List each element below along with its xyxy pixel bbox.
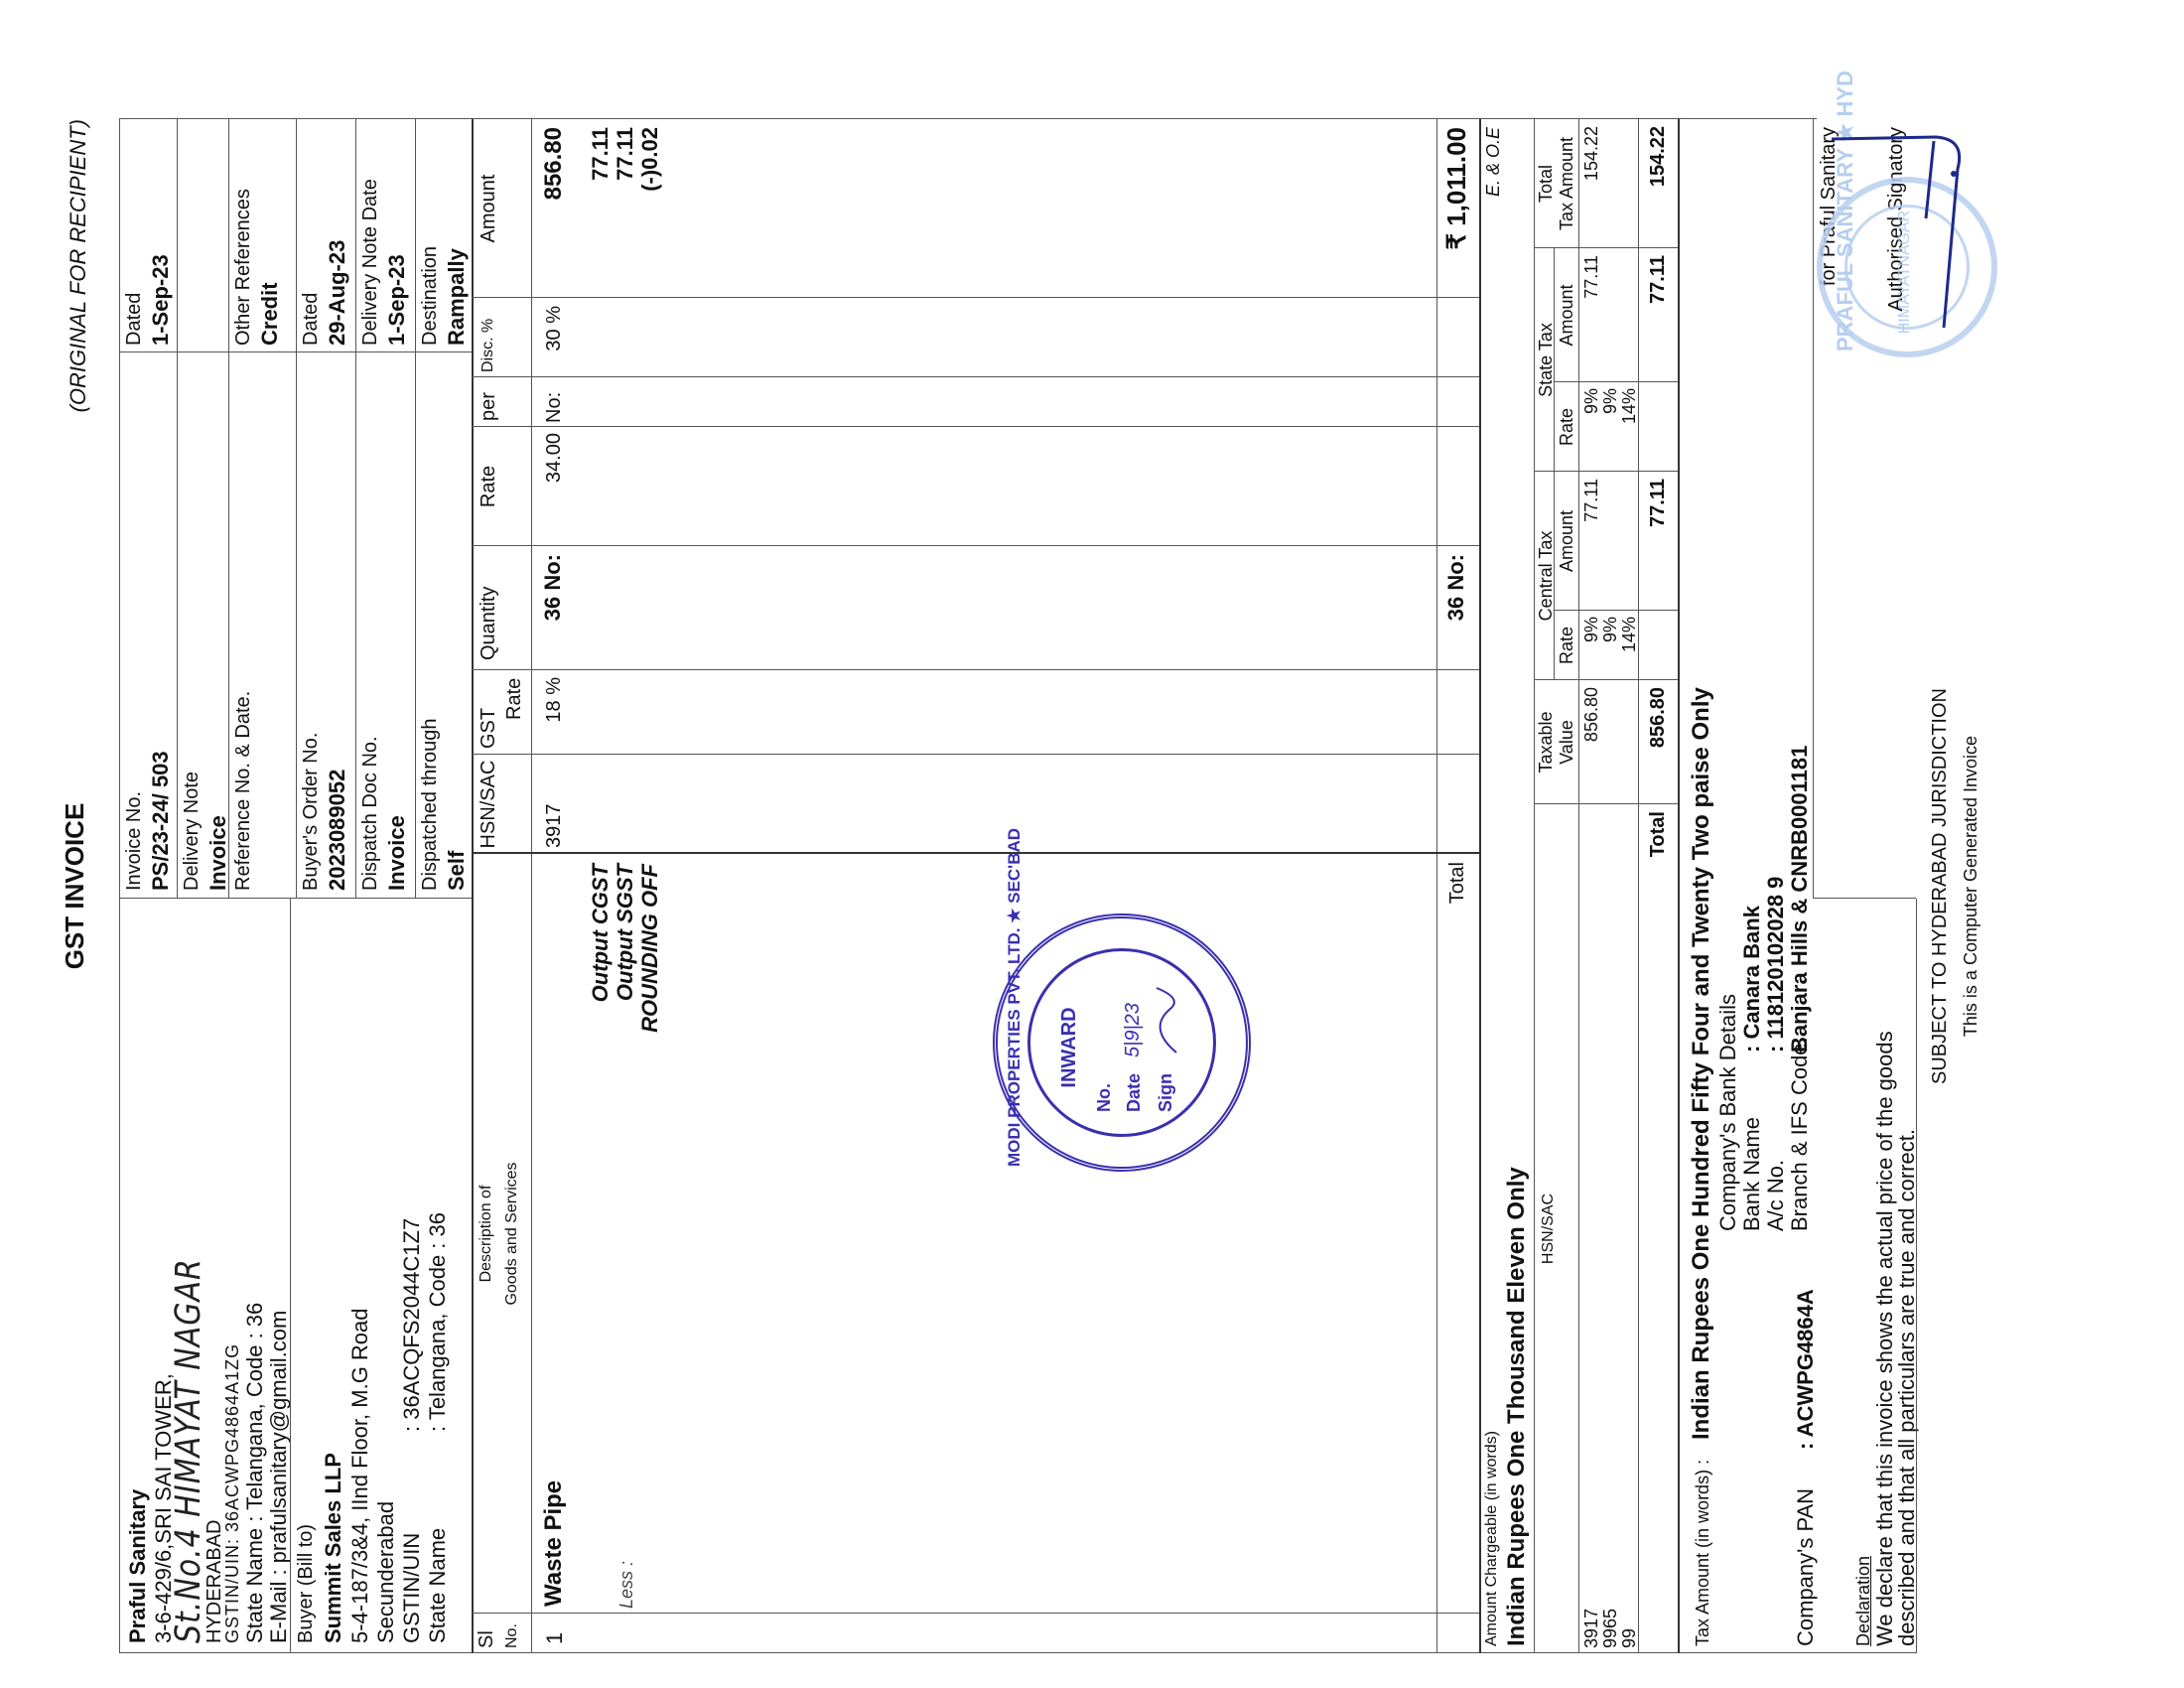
col-description-2: Goods and Services — [504, 854, 520, 1614]
total-quantity: 36 No: — [1445, 554, 1467, 670]
col-gst: GST — [478, 708, 498, 749]
detail-label: Dated — [124, 293, 144, 346]
tax-words-value: Indian Rupees One Hundred Fifty Four and… — [1690, 687, 1713, 1440]
hsn-col-state-rate: Rate — [1558, 382, 1575, 472]
hsn-col-taxable: Taxable — [1537, 680, 1555, 804]
inward-stamp-date-value: 5|9|23 — [1123, 1003, 1143, 1057]
branch-label: Branch & IFS Code: — [1789, 1037, 1811, 1231]
inward-stamp-date-label: Date — [1125, 1073, 1143, 1112]
seller-state: State Name : Telangana, Code : 36 — [244, 1303, 266, 1643]
branch-value: Banjara Hills & CNRB0001181 — [1789, 746, 1811, 1053]
buyer-state-value: : Telangana, Code : 36 — [427, 1212, 449, 1432]
central-rate-2: 9% — [1601, 617, 1619, 680]
item-hsn: 3917 — [544, 804, 564, 849]
hsn-col-state: State Tax — [1537, 248, 1555, 472]
detail-value: Invoice — [207, 815, 229, 891]
item-amount: 856.80 — [542, 127, 566, 298]
central-rate-1: 9% — [1582, 617, 1600, 680]
hsn-total-label: Total — [1648, 811, 1668, 1653]
invoice-page: GST INVOICE (ORIGINAL FOR RECIPIENT) Pra… — [0, 0, 2184, 1688]
amount-words-label: Amount Chargeable (in words) — [1484, 1431, 1500, 1646]
hsn-col-central-amount: Amount — [1558, 472, 1575, 611]
item-disc: 30 % — [544, 306, 564, 377]
hsn-total-central: 77.11 — [1648, 479, 1668, 611]
col-disc: Disc. % — [480, 319, 496, 372]
hsn-col-total: Total — [1537, 119, 1555, 248]
detail-label: Destination — [420, 246, 440, 346]
detail-label: Delivery Note — [182, 772, 202, 891]
col-description: Description of — [478, 854, 494, 1614]
detail-value: 1-Sep-23 — [386, 254, 408, 346]
adjustment-sgst-amount: 77.11 — [614, 127, 636, 298]
detail-label: Other References — [233, 189, 253, 346]
hsn-col-taxable-2: Value — [1558, 680, 1575, 804]
inward-stamp-ring-text: MODI PROPERTIES PVT. LTD. ★ SEC'BAD — [1006, 928, 1023, 1167]
detail-value: Invoice — [386, 815, 408, 891]
hsn-total-tax: 154.22 — [1648, 126, 1668, 248]
hsn-code-3: 99 — [1620, 1628, 1638, 1648]
detail-label: Buyer's Order No. — [301, 733, 321, 891]
detail-value: Rampally — [446, 248, 468, 346]
inward-stamp-no: No. — [1095, 1083, 1113, 1112]
detail-label: Reference No. & Date. — [233, 691, 253, 891]
hsn-code-2: 9965 — [1601, 1609, 1619, 1648]
detail-value: PS/23-24/ 503 — [150, 751, 172, 891]
state-rate-1: 9% — [1582, 388, 1600, 472]
copy-label: (ORIGINAL FOR RECIPIENT) — [68, 119, 89, 794]
buyer-gstin-label: GSTIN/UIN — [401, 1533, 423, 1643]
detail-value: Self — [446, 851, 468, 891]
computer-generated-text: This is a Computer Generated Invoice — [1962, 119, 1979, 1653]
buyer-address: 5-4-187/3&4, IInd Floor, M.G Road — [349, 1308, 371, 1643]
state-rate-3: 14% — [1620, 388, 1638, 472]
less-label: Less : — [617, 1561, 635, 1609]
adjustment-cgst-amount: 77.11 — [590, 127, 612, 298]
pan-value: : ACWPG4864A — [1795, 1289, 1817, 1450]
buyer-state-label: State Name — [427, 1528, 449, 1643]
state-amount: 77.11 — [1582, 255, 1600, 382]
item-quantity: 36 No: — [542, 554, 564, 670]
jurisdiction-text: SUBJECT TO HYDERABAD JURISDICTION — [1930, 119, 1950, 1653]
detail-value: 1-Sep-23 — [150, 254, 172, 346]
hsn-col-central-rate: Rate — [1558, 611, 1575, 680]
item-rate: 34.00 — [544, 433, 564, 546]
declaration-line2: described and that all particulars are t… — [1896, 1129, 1918, 1646]
hsn-col-state-amount: Amount — [1558, 248, 1575, 382]
col-per: per — [478, 392, 498, 421]
bank-title: Company's Bank Details — [1717, 994, 1739, 1231]
central-rate-3: 14% — [1620, 617, 1638, 680]
detail-value: 29-Aug-23 — [327, 240, 348, 346]
buyer-gstin-value: : 36ACQFS2044C1Z7 — [401, 1218, 423, 1432]
col-amount: Amount — [478, 119, 498, 298]
total-amount: ₹ 1,011.00 — [1443, 127, 1469, 298]
hsn-col-central: Central Tax — [1537, 472, 1555, 680]
col-gst-rate: Rate — [504, 678, 524, 720]
hsn-col-hsn: HSN/SAC — [1541, 804, 1557, 1653]
seller-city: HYDERABAD — [205, 1520, 224, 1643]
hsn-code-1: 3917 — [1582, 1609, 1600, 1648]
buyer-label: Buyer (Bill to) — [296, 1524, 316, 1643]
inward-signature-icon — [1147, 978, 1186, 1057]
amount-words-value: Indian Rupees One Thousand Eleven Only — [1505, 1167, 1529, 1646]
eoe-label: E. & O.E — [1484, 127, 1502, 298]
detail-label: Dated — [301, 293, 321, 346]
inward-stamp: MODI PROPERTIES PVT. LTD. ★ SEC'BAD INWA… — [993, 914, 1251, 1172]
bank-name-value: : Canara Bank — [1741, 906, 1763, 1053]
col-sl: Sl — [477, 1630, 496, 1648]
seller-name: Praful Sanitary — [127, 1489, 149, 1643]
adjustment-cgst-label: Output CGST — [590, 864, 612, 1291]
signature-icon — [1827, 109, 1976, 367]
detail-label: Dispatched through — [420, 719, 440, 891]
detail-label: Dispatch Doc No. — [360, 736, 380, 891]
item-description: Waste Pipe — [542, 1480, 566, 1607]
state-rate-2: 9% — [1601, 388, 1619, 472]
item-sl: 1 — [544, 1632, 566, 1644]
detail-label: Delivery Note Date — [360, 179, 380, 346]
adjustment-sgst-label: Output SGST — [614, 864, 636, 1291]
seller-email: E-Mail : prafulsanitary@gmail.com — [268, 1311, 290, 1643]
buyer-city: Secunderabad — [375, 1501, 397, 1643]
tax-words-label: Tax Amount (in words) : — [1694, 1460, 1711, 1646]
adjustment-rounding-amount: (-)0.02 — [639, 127, 661, 298]
pan-label: Company's PAN — [1795, 1488, 1817, 1646]
seller-address-handwritten: St.No.4 HIMAYAT NAGAR — [173, 1258, 207, 1643]
central-amount: 77.11 — [1582, 479, 1600, 611]
buyer-name: Summit Sales LLP — [323, 1453, 344, 1643]
declaration-line1: We declare that this invoice shows the a… — [1874, 1031, 1896, 1646]
hsn-total-state: 77.11 — [1648, 255, 1668, 382]
account-label: A/c No. — [1765, 1160, 1787, 1231]
hsn-total-taxable: 856.80 — [1648, 687, 1668, 804]
col-quantity: Quantity — [478, 587, 498, 660]
inward-stamp-sign: Sign — [1157, 1073, 1174, 1112]
seller-gstin: GSTIN/UIN: 36ACWPG4864A1ZG — [223, 1343, 241, 1643]
detail-label: Invoice No. — [124, 791, 144, 891]
item-per: No: — [544, 392, 564, 423]
total-label: Total — [1447, 862, 1467, 1614]
item-gst-rate: 18 % — [544, 677, 564, 755]
total-tax-amount: 154.22 — [1582, 126, 1600, 248]
detail-value: Credit — [259, 282, 281, 346]
declaration-label: Declaration — [1854, 1556, 1872, 1646]
bank-name-label: Bank Name — [1741, 1117, 1763, 1231]
col-rate: Rate — [478, 427, 498, 546]
col-hsn: HSN/SAC — [478, 755, 498, 854]
detail-value: 2023089052 — [327, 770, 348, 891]
inward-stamp-label: INWARD — [1059, 928, 1079, 1167]
col-sl-no: No. — [504, 1623, 520, 1648]
hsn-taxable-value: 856.80 — [1582, 687, 1600, 804]
adjustment-rounding-label: ROUNDING OFF — [639, 864, 661, 1291]
account-value: : 118120102028 9 — [1765, 877, 1787, 1053]
hsn-col-total-2: Tax Amount — [1558, 119, 1575, 248]
